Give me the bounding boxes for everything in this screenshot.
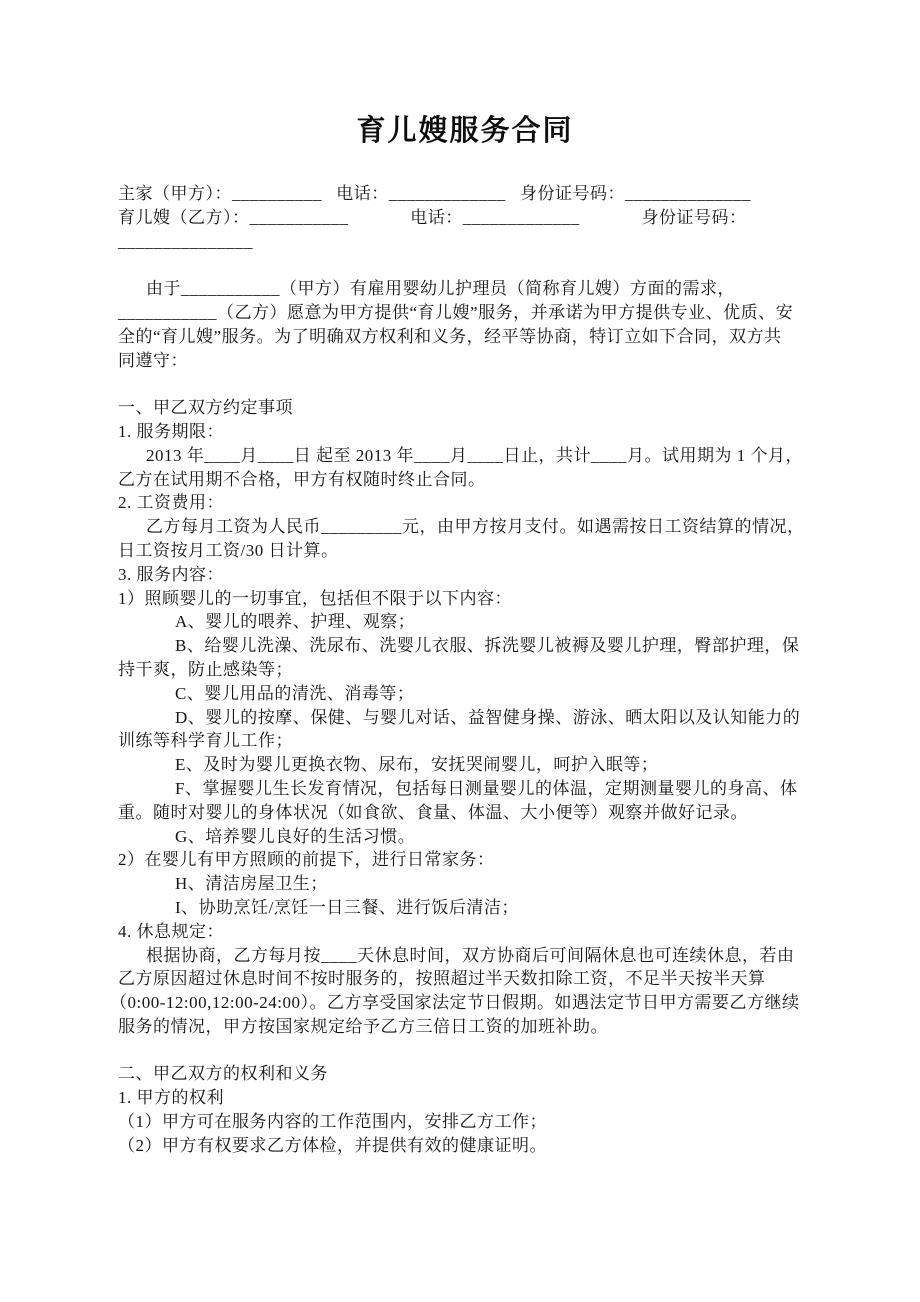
service-item-c: C、婴儿用品的清洗、消毒等； [118, 682, 812, 706]
clause-4-line: 乙方原因超过休息时间不按时服务的，按照超过半天数扣除工资，不足半天按半天算 [118, 967, 812, 991]
blank-line [118, 372, 812, 396]
clause-1-line: 乙方在试用期不合格，甲方有权随时终止合同。 [118, 468, 812, 492]
clause-3-sub-2: 2）在婴儿有甲方照顾的前提下，进行日常家务： [118, 848, 812, 872]
contract-title: 育儿嫂服务合同 [118, 106, 812, 156]
service-item-f: F、掌握婴儿生长发育情况，包括每日测量婴儿的体温，定期测量婴儿的身高、体 [118, 777, 812, 801]
intro-line: ___________（乙方）愿意为甲方提供“育儿嫂”服务，并承诺为甲方提供专业… [118, 301, 812, 325]
clause-4-line: （0:00-12:00,12:00-24:00）。乙方享受国家法定节日假期。如遇… [110, 991, 812, 1015]
service-item-b: B、给婴儿洗澡、洗尿布、洗婴儿衣服、拆洗婴儿被褥及婴儿护理，臀部护理，保 [118, 634, 812, 658]
clause-1-heading: 1. 服务期限： [118, 420, 812, 444]
clause-1-line: 2013 年____月____日 起至 2013 年____月____日止，共计… [118, 444, 812, 468]
blank-line [118, 1039, 812, 1063]
service-item-d-cont: 训练等科学育儿工作； [118, 729, 812, 753]
clause-4-line: 服务的情况，甲方按国家规定给予乙方三倍日工资的加班补助。 [118, 1015, 812, 1039]
clause-3-heading: 3. 服务内容： [118, 563, 812, 587]
intro-line: 由于___________（甲方）有雇用婴幼儿护理员（简称育儿嫂）方面的需求， [118, 277, 812, 301]
clause-4-heading: 4. 休息规定： [118, 920, 812, 944]
clause-4-line: 根据协商，乙方每月按____天休息时间，双方协商后可间隔休息也可连续休息，若由 [118, 944, 812, 968]
party-b-id-blank-line: _______________ [118, 230, 812, 254]
clause-2-line: 日工资按月工资/30 日计算。 [118, 539, 812, 563]
intro-line: 全的“育儿嫂”服务。为了明确双方权利和义务，经平等协商，特订立如下合同，双方共 [118, 325, 812, 349]
clause-2-heading: 2. 工资费用： [118, 491, 812, 515]
intro-line: 同遵守： [118, 349, 812, 373]
service-item-d: D、婴儿的按摩、保健、与婴儿对话、益智健身操、游泳、晒太阳以及认知能力的 [118, 706, 812, 730]
service-item-h: H、清洁房屋卫生； [118, 872, 812, 896]
service-item-g: G、培养婴儿良好的生活习惯。 [118, 825, 812, 849]
clause-3-sub-1: 1）照顾婴儿的一切事宜，包括但不限于以下内容： [118, 587, 812, 611]
section-2-clause-1-heading: 1. 甲方的权利 [118, 1086, 812, 1110]
party-a-line: 主家（甲方）：__________ 电话：_____________ 身份证号码… [118, 182, 812, 206]
service-item-b-cont: 持干爽，防止感染等； [118, 658, 812, 682]
service-item-f-cont: 重。随时对婴儿的身体状况（如食欲、食量、体温、大小便等）观察并做好记录。 [118, 801, 812, 825]
service-item-e: E、及时为婴儿更换衣物、尿布，安抚哭闹婴儿，呵护入眠等； [118, 753, 812, 777]
blank-line [118, 253, 812, 277]
party-a-right-2: （2）甲方有权要求乙方体检，并提供有效的健康证明。 [118, 1134, 812, 1158]
section-1-heading: 一、甲乙双方约定事项 [118, 396, 812, 420]
section-2-heading: 二、甲乙双方的权利和义务 [118, 1062, 812, 1086]
party-a-right-1: （1）甲方可在服务内容的工作范围内，安排乙方工作； [118, 1110, 812, 1134]
service-item-i: I、协助烹饪/烹饪一日三餐、进行饭后清洁； [118, 896, 812, 920]
service-item-a: A、婴儿的喂养、护理、观察； [118, 610, 812, 634]
party-b-line: 育儿嫂（乙方）：___________ 电话：_____________ 身份证… [118, 206, 812, 230]
clause-2-line: 乙方每月工资为人民币_________元，由甲方按月支付。如遇需按日工资结算的情… [118, 515, 812, 539]
contract-document-page: 育儿嫂服务合同 主家（甲方）：__________ 电话：___________… [0, 0, 920, 1302]
document-content: 育儿嫂服务合同 主家（甲方）：__________ 电话：___________… [118, 106, 812, 1158]
